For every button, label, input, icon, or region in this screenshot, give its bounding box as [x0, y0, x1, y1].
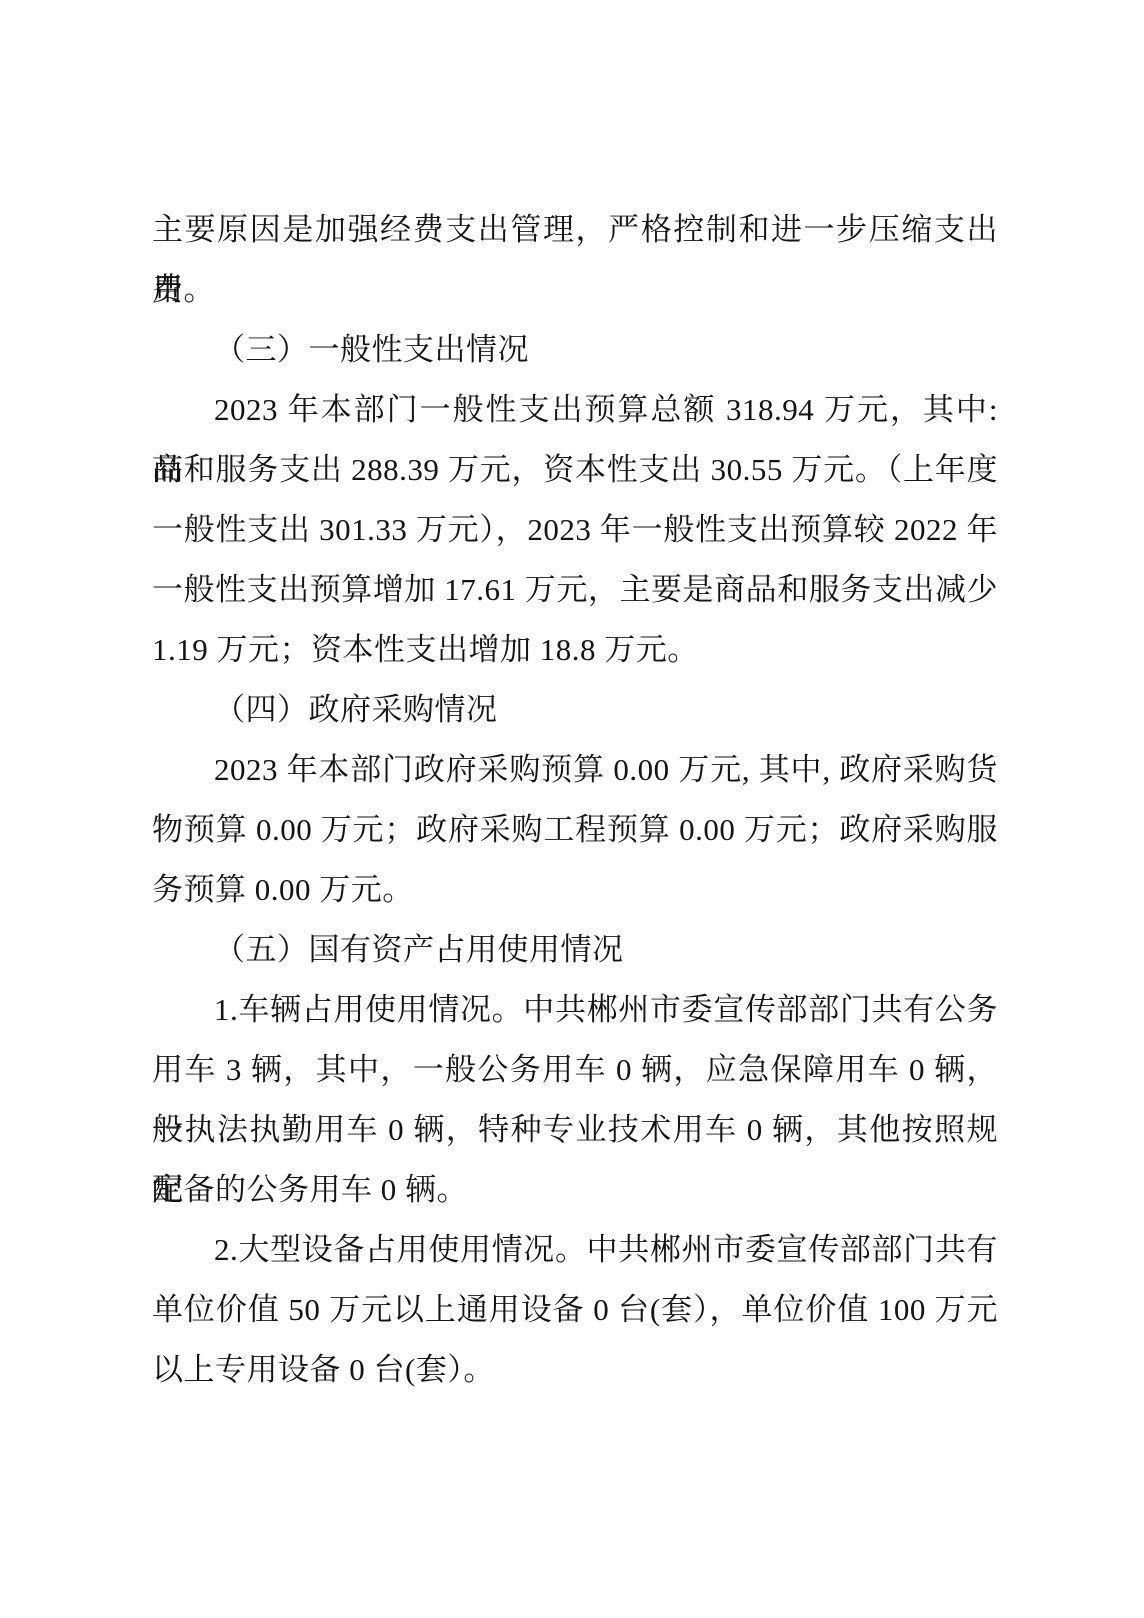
text-line: 主要原因是加强经费支出管理，严格控制和进一步压缩支出费	[152, 200, 998, 260]
text-line: 般执法执勤用车 0 辆，特种专业技术用车 0 辆，其他按照规定	[152, 1100, 998, 1160]
text-line: （五）国有资产占用使用情况	[152, 920, 998, 980]
text-line: 用车 3 辆，其中，一般公务用车 0 辆，应急保障用车 0 辆，一	[152, 1040, 998, 1100]
text-line: （四）政府采购情况	[152, 680, 998, 740]
paragraph: 主要原因是加强经费支出管理，严格控制和进一步压缩支出费用。	[152, 200, 998, 320]
text-line: 单位价值 50 万元以上通用设备 0 台(套），单位价值 100 万元	[152, 1280, 998, 1340]
text-line: 一般性支出预算增加 17.61 万元，主要是商品和服务支出减少	[152, 560, 998, 620]
text-line: 2023 年本部门一般性支出预算总额 318.94 万元，其中: 商	[152, 380, 998, 440]
text-line: （三）一般性支出情况	[152, 320, 998, 380]
paragraph: 2.大型设备占用使用情况。中共郴州市委宣传部部门共有单位价值 50 万元以上通用…	[152, 1220, 998, 1400]
text-line: 一般性支出 301.33 万元），2023 年一般性支出预算较 2022 年	[152, 500, 998, 560]
paragraph: 2023 年本部门一般性支出预算总额 318.94 万元，其中: 商品和服务支出…	[152, 380, 998, 680]
section-heading: （三）一般性支出情况	[152, 320, 998, 380]
text-line: 1.车辆占用使用情况。中共郴州市委宣传部部门共有公务	[152, 980, 998, 1040]
text-line: 用。	[152, 260, 998, 320]
paragraph: 2023 年本部门政府采购预算 0.00 万元, 其中, 政府采购货物预算 0.…	[152, 740, 998, 920]
text-line: 物预算 0.00 万元；政府采购工程预算 0.00 万元；政府采购服	[152, 800, 998, 860]
text-line: 品和服务支出 288.39 万元，资本性支出 30.55 万元。（上年度	[152, 440, 998, 500]
section-heading: （五）国有资产占用使用情况	[152, 920, 998, 980]
text-line: 2.大型设备占用使用情况。中共郴州市委宣传部部门共有	[152, 1220, 998, 1280]
document-page: 主要原因是加强经费支出管理，严格控制和进一步压缩支出费用。（三）一般性支出情况2…	[0, 0, 1144, 1618]
text-line: 2023 年本部门政府采购预算 0.00 万元, 其中, 政府采购货	[152, 740, 998, 800]
section-heading: （四）政府采购情况	[152, 680, 998, 740]
text-line: 以上专用设备 0 台(套）。	[152, 1340, 998, 1400]
text-line: 务预算 0.00 万元。	[152, 860, 998, 920]
document-body: 主要原因是加强经费支出管理，严格控制和进一步压缩支出费用。（三）一般性支出情况2…	[152, 200, 998, 1400]
text-line: 配备的公务用车 0 辆。	[152, 1160, 998, 1220]
text-line: 1.19 万元；资本性支出增加 18.8 万元。	[152, 620, 998, 680]
paragraph: 1.车辆占用使用情况。中共郴州市委宣传部部门共有公务用车 3 辆，其中，一般公务…	[152, 980, 998, 1220]
